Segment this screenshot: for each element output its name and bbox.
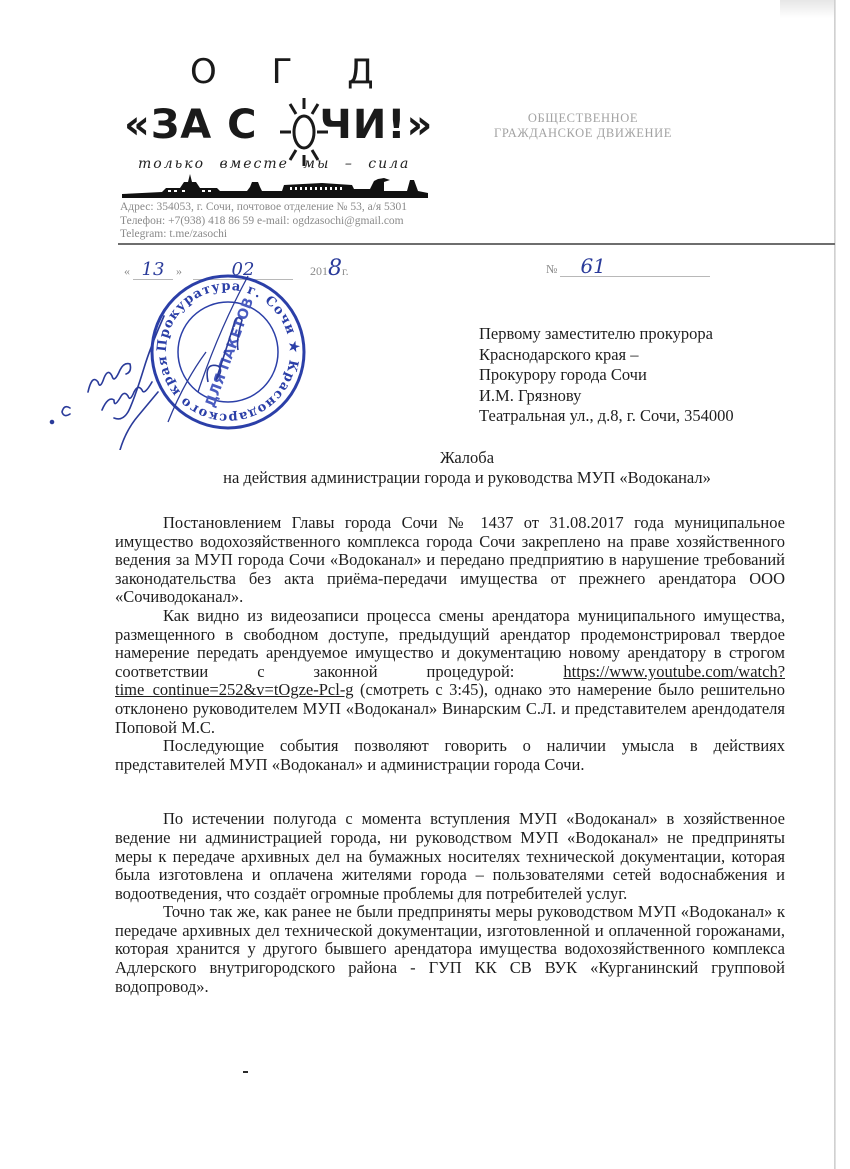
quote-open: « bbox=[124, 264, 130, 278]
logo-abbreviation: О Г Д bbox=[190, 52, 396, 92]
header-divider bbox=[118, 243, 835, 245]
org-caption-line: ОБЩЕСТВЕННОЕ bbox=[478, 111, 688, 126]
addressee-line: Прокурору города Сочи bbox=[479, 365, 734, 386]
year-prefix: 201 bbox=[310, 264, 328, 278]
logo-title-left: «ЗА С bbox=[124, 102, 258, 148]
page-edge bbox=[834, 0, 836, 1169]
organization-caption: ОБЩЕСТВЕННОЕ ГРАЖДАНСКОЕ ДВИЖЕНИЕ bbox=[478, 111, 688, 141]
paragraph: Точно так же, как ранее не были предприн… bbox=[115, 903, 785, 996]
phone-email: Телефон: +7(938) 418 86 59 e-mail: ogdza… bbox=[120, 215, 407, 229]
scan-shadow bbox=[780, 0, 836, 18]
addressee-line: И.М. Грязнову bbox=[479, 386, 734, 407]
addressee-line: Первому заместителю прокурора bbox=[479, 324, 734, 345]
addressee-block: Первому заместителю прокурора Краснодарс… bbox=[479, 324, 734, 427]
number-value: 61 bbox=[560, 256, 710, 277]
logo-title-right: ЧИ!» bbox=[320, 102, 434, 148]
addressee-line: Краснодарского края – bbox=[479, 345, 734, 366]
postal-address: Адрес: 354053, г. Сочи, почтовое отделен… bbox=[120, 201, 407, 215]
addressee-line: Театральная ул., д.8, г. Сочи, 354000 bbox=[479, 406, 734, 427]
scan-artifact bbox=[243, 1071, 248, 1073]
document-body: Постановлением Главы города Сочи № 1437 … bbox=[115, 514, 785, 996]
document-subtitle: на действия администрации города и руков… bbox=[42, 468, 850, 488]
paragraph: Как видно из видеозаписи процесса смены … bbox=[115, 607, 785, 737]
telegram: Telegram: t.me/zasochi bbox=[120, 228, 407, 242]
paragraph: По истечении полугода с момента вступлен… bbox=[115, 810, 785, 903]
year-unit: г. bbox=[342, 264, 349, 278]
prosecutor-office-stamp: Прокуратура г. Сочи ★ Краснодарского кра… bbox=[148, 272, 308, 432]
city-skyline-icon bbox=[122, 170, 428, 198]
paragraph: Последующие события позволяют говорить о… bbox=[115, 737, 785, 774]
year-suffix: 8 bbox=[328, 256, 342, 281]
number-label: № bbox=[546, 262, 557, 276]
registration-number: № 61 bbox=[546, 256, 710, 277]
org-caption-line: ГРАЖДАНСКОЕ ДВИЖЕНИЕ bbox=[478, 126, 688, 141]
contact-info: Адрес: 354053, г. Сочи, почтовое отделен… bbox=[120, 201, 407, 242]
document-title: Жалоба bbox=[42, 448, 850, 468]
paragraph: Постановлением Главы города Сочи № 1437 … bbox=[115, 514, 785, 607]
organization-logo: О Г Д «ЗА СЧИ!» только вместе мы – сила bbox=[118, 52, 428, 202]
